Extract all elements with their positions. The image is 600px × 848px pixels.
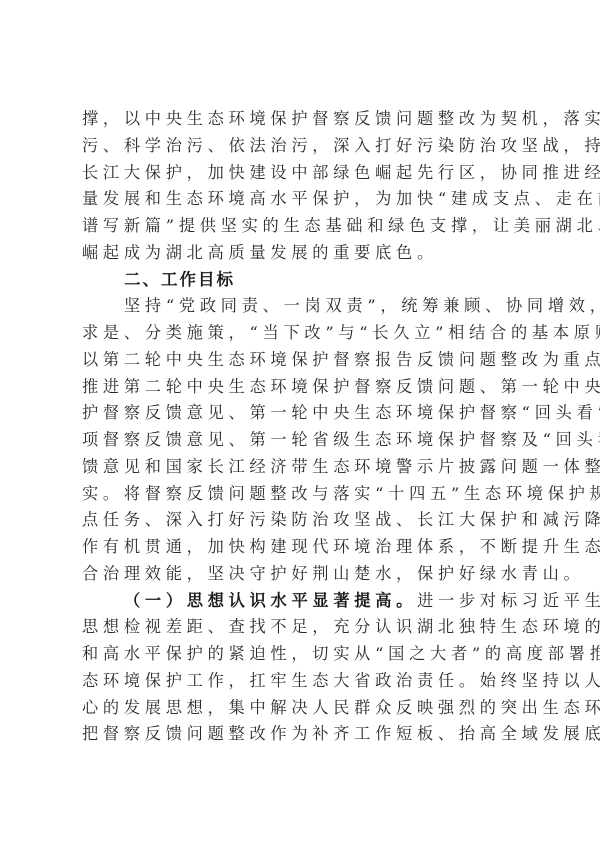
paragraph-line: 思想检视差距、查找不足，充分认识湖北独特生态环境的重要性 <box>82 614 524 641</box>
paragraph-line: 心的发展思想，集中解决人民群众反映强烈的突出生态环境问题。 <box>82 695 524 722</box>
paragraph-line: 推进第二轮中央生态环境保护督察反馈问题、第一轮中央环境保 <box>82 374 524 401</box>
paragraph-line: 污、科学治污、依法治污，深入打好污染防治攻坚战，持续实施 <box>82 133 524 160</box>
document-page: 撑，以中央生态环境保护督察反馈问题整改为契机，落实精准治 污、科学治污、依法治污… <box>82 106 524 748</box>
paragraph-line: 点任务、深入打好污染防治攻坚战、长江大保护和减污降碳等工 <box>82 507 524 534</box>
paragraph-line: 作有机贯通，加快构建现代环境治理体系，不断提升生态环境综 <box>82 534 524 561</box>
subsection-heading: （一）思想认识水平显著提高。 <box>124 591 417 610</box>
paragraph-line: 态环境保护工作，扛牢生态大省政治责任。始终坚持以人民为中 <box>82 668 524 695</box>
paragraph-line: 合治理效能，坚决守护好荆山楚水，保护好绿水青山。 <box>82 561 524 588</box>
paragraph-line: 把督察反馈问题整改作为补齐工作短板、抬高全域发展底板的重 <box>82 721 524 748</box>
paragraph-line: 撑，以中央生态环境保护督察反馈问题整改为契机，落实精准治 <box>82 106 524 133</box>
paragraph-line: 长江大保护，加快建设中部绿色崛起先行区，协同推进经济高质 <box>82 160 524 187</box>
subsection-first-line: （一）思想认识水平显著提高。进一步对标习近平生态文明 <box>82 588 524 615</box>
paragraph-line: 以第二轮中央生态环境保护督察报告反馈问题整改为重点，统筹 <box>82 347 524 374</box>
section-heading: 二、工作目标 <box>82 267 524 294</box>
paragraph-line: 项督察反馈意见、第一轮省级生态环境保护督察及“回头看”反 <box>82 427 524 454</box>
subsection-first-line-text: 进一步对标习近平生态文明 <box>417 591 600 610</box>
paragraph-line: 崛起成为湖北高质量发展的重要底色。 <box>82 240 524 267</box>
paragraph-line: 求是、分类施策，“当下改”与“长久立”相结合的基本原则， <box>82 320 524 347</box>
paragraph-line: 实。将督察反馈问题整改与落实“十四五”生态环境保护规划重 <box>82 481 524 508</box>
paragraph-line: 坚持“党政同责、一岗双责”，统筹兼顾、协同增效，实事 <box>82 293 524 320</box>
paragraph-line: 谱写新篇”提供坚实的生态基础和绿色支撑，让美丽湖北、绿色 <box>82 213 524 240</box>
paragraph-line: 护督察反馈意见、第一轮中央生态环境保护督察“回头看”及专 <box>82 400 524 427</box>
paragraph-line: 量发展和生态环境高水平保护，为加快“建成支点、走在前列、 <box>82 186 524 213</box>
paragraph-line: 馈意见和国家长江经济带生态环境警示片披露问题一体整改落 <box>82 454 524 481</box>
paragraph-line: 和高水平保护的紧迫性，切实从“国之大者”的高度部署推进生 <box>82 641 524 668</box>
